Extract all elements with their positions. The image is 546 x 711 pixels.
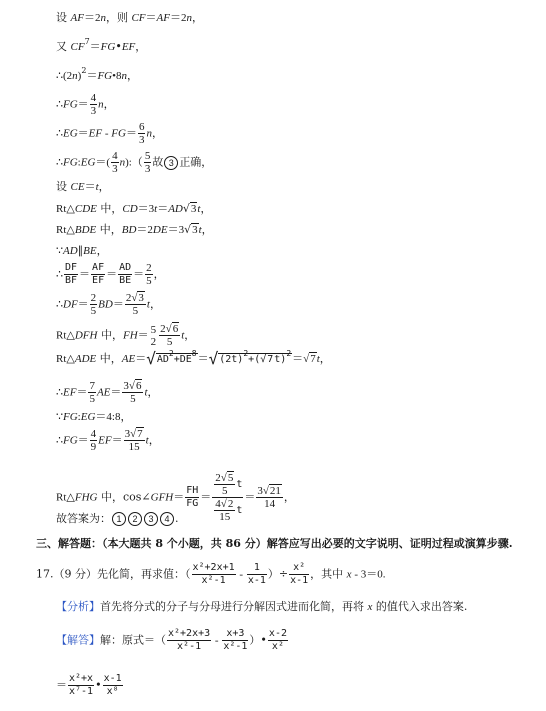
text: ＝ <box>200 492 211 504</box>
text: 中， <box>97 202 123 215</box>
text: ＝ <box>78 128 89 140</box>
text: ＝( <box>95 157 110 169</box>
var: FG <box>97 70 112 82</box>
text: ＝ <box>173 492 184 504</box>
numerator: 7 <box>88 380 96 393</box>
circled-number: 4 <box>160 512 174 526</box>
var: BD <box>122 224 137 236</box>
line-fg-final: ∴FG＝49EF＝3√715t， <box>56 428 160 453</box>
text: ∵ <box>56 411 63 423</box>
text: ， <box>149 434 160 447</box>
sqrt: √21 <box>263 485 282 497</box>
radicand: 6 <box>172 322 180 335</box>
text: - <box>102 128 111 140</box>
numerator: x²+x <box>68 673 94 686</box>
text: ， <box>97 244 108 257</box>
text: Rt△ <box>56 330 75 342</box>
text: ＝ <box>292 353 303 365</box>
fraction: 53 <box>144 150 152 175</box>
text: ∴(2 <box>56 70 72 82</box>
denominator: 9 <box>90 441 98 453</box>
var: AD <box>63 245 78 257</box>
denominator: 3 <box>111 163 119 175</box>
var: EF <box>98 435 111 447</box>
text: - 3＝0. <box>352 569 386 581</box>
radicand: 21 <box>269 484 282 497</box>
denominator: x⁷-1 <box>68 686 94 698</box>
line-cf-squared: 又 CF7＝FG•EF， <box>56 40 146 54</box>
fraction: 3√2114 <box>256 485 283 510</box>
fraction: 49 <box>90 428 98 453</box>
fraction: AFEF <box>91 262 105 287</box>
denominator: x² <box>268 641 288 653</box>
text: ∴ <box>56 387 63 399</box>
var: FG <box>63 157 78 169</box>
var: GFH <box>151 492 174 504</box>
text: ， <box>148 386 159 399</box>
text: ，则 <box>106 11 132 24</box>
numerator: x² <box>289 562 309 575</box>
term: AD <box>157 354 169 365</box>
text: ，其中 <box>310 568 347 581</box>
text: ＝ <box>135 353 146 365</box>
text: Rt△ <box>56 353 75 365</box>
var: FG <box>63 411 78 423</box>
circled-number: 3 <box>144 512 158 526</box>
sqrt: √2 <box>221 498 235 510</box>
text: ， <box>184 329 195 342</box>
fraction: 3√715 <box>124 428 145 453</box>
numerator: AD <box>118 262 132 275</box>
fraction: x²+2x+3x²-1 <box>167 628 211 653</box>
text: . <box>175 512 179 525</box>
text: - <box>237 569 246 581</box>
var: t <box>236 505 242 516</box>
text: ＝ <box>110 387 121 399</box>
fraction: FHFG <box>185 485 199 510</box>
line-rt-dfh: Rt△DFH 中，FH＝522√65t， <box>56 323 195 348</box>
numerator: 2√3 <box>125 292 146 305</box>
text: ＝ <box>126 128 137 140</box>
var: t <box>236 479 242 490</box>
line-ratios: ∴DFBF＝AFEF＝ADBE＝25， <box>56 262 165 287</box>
var: EG <box>81 411 96 423</box>
numerator: 4√2 <box>214 498 235 511</box>
denominator: 4√215t <box>212 498 243 523</box>
text: ＝ <box>133 269 144 281</box>
numerator: 5 <box>150 324 158 336</box>
var: AF <box>71 12 84 24</box>
radicand: 7 <box>309 352 317 365</box>
numerator: x-1 <box>103 673 123 686</box>
numerator: 5 <box>144 150 152 163</box>
denominator: x-1 <box>247 575 267 587</box>
line-fg-eg-ratio: ∴FG:EG＝(43n):（53故3正确， <box>56 150 212 175</box>
fraction: 25 <box>90 292 98 317</box>
numerator: 4 <box>90 428 98 441</box>
denominator: 5 <box>122 393 143 405</box>
text: ， <box>154 268 165 281</box>
solution-step-2: ＝x²+xx⁷-1•x-1x⁸ <box>56 673 124 698</box>
numerator: AF <box>91 262 105 275</box>
denominator: x²-1 <box>192 575 236 587</box>
fraction: 63 <box>138 121 146 146</box>
exponent: 8 <box>192 349 197 358</box>
text: ＝2 <box>84 12 101 24</box>
denominator: x⁸ <box>103 686 123 698</box>
section-heading: 三、解答题：（本大题共 8 个小题，共 86 分）解答应写出必要的文字说明、证明… <box>36 537 513 551</box>
numerator: 2 <box>90 292 98 305</box>
numerator: 4 <box>90 92 98 105</box>
line-set-af: 设 AF＝2n，则 CF＝AF＝2n， <box>56 11 203 25</box>
var: CE <box>71 181 85 193</box>
var: FG <box>63 99 78 111</box>
fraction: x²+xx⁷-1 <box>68 673 94 698</box>
var: FG <box>63 435 78 447</box>
text: 中， <box>96 223 122 236</box>
text: ＝ <box>244 492 255 504</box>
var: CDE <box>75 203 97 215</box>
text: ＝ <box>78 99 89 111</box>
sqrt: √3 <box>131 292 145 304</box>
term: (2t) <box>219 354 243 365</box>
radicand: 2 <box>227 497 235 510</box>
line-rt-bde: Rt△BDE 中，BD＝2DE＝3√3t， <box>56 223 213 237</box>
numerator: x-2 <box>268 628 288 641</box>
var: EG <box>63 128 78 140</box>
var: AE <box>97 387 110 399</box>
text: ＝ <box>138 330 149 342</box>
solution-tag: 【解答】 <box>56 634 100 647</box>
text: ＝ <box>198 353 209 365</box>
var: ADE <box>75 353 96 365</box>
numerator: x+3 <box>222 628 248 641</box>
denominator: x²-1 <box>222 641 248 653</box>
line-rt-cde: Rt△CDE 中，CD＝3t＝AD√3t， <box>56 202 211 216</box>
text: 的值代入求出答案. <box>372 600 467 613</box>
text: 解：原式＝（ <box>100 634 166 647</box>
numerator: 3√6 <box>122 380 143 393</box>
var: DF <box>63 299 78 311</box>
text: ＝2 <box>170 12 187 24</box>
fraction: DFBF <box>64 262 78 287</box>
text: Rt△ <box>56 492 75 504</box>
denominator: 15 <box>124 441 145 453</box>
line-ad-parallel-be: ∵AD∥BE， <box>56 244 108 258</box>
text: ， <box>152 127 163 140</box>
numerator: x²+2x+3 <box>167 628 211 641</box>
analysis-tag: 【分析】 <box>56 600 100 613</box>
question-prompt: 17.（9 分）先化简，再求值：（ <box>36 568 191 581</box>
solution-line: 【解答】解：原式＝（x²+2x+3x²-1 - x+3x²-1）•x-2x² <box>56 628 289 653</box>
text: ＝ <box>86 70 97 82</box>
text: 故 <box>152 156 163 169</box>
fraction: 3√65 <box>122 380 143 405</box>
circled-number: 1 <box>112 512 126 526</box>
text: ， <box>135 40 146 53</box>
var: AD <box>168 203 183 215</box>
fraction: x²+2x+1x²-1 <box>192 562 236 587</box>
denominator: 5 <box>159 336 180 348</box>
numerator: DF <box>64 262 78 275</box>
denominator: 5 <box>214 485 235 497</box>
text: ， <box>150 298 161 311</box>
sqrt: √6 <box>129 380 143 392</box>
circled-number: 2 <box>128 512 142 526</box>
numerator: 4 <box>111 150 119 163</box>
radicand: (2t)2+(√7t)2 <box>218 353 292 365</box>
var: BE <box>83 245 96 257</box>
text: ， <box>284 491 295 504</box>
text: Rt△ <box>56 224 75 236</box>
var: DE <box>153 224 168 236</box>
radicand: 7 <box>136 427 144 440</box>
text: 设 <box>56 11 71 24</box>
numerator: 6 <box>138 121 146 134</box>
text: ， <box>200 202 211 215</box>
term: +( <box>248 354 260 365</box>
denominator: x²-1 <box>167 641 211 653</box>
line-fg-eg-given: ∵FG:EG＝4:8， <box>56 410 131 424</box>
line-df-value: ∴DF＝25BD＝2√35t， <box>56 292 161 317</box>
numerator: 3√7 <box>124 428 145 441</box>
fraction: x-1x⁸ <box>103 673 123 698</box>
line-set-ce: 设 CE＝t， <box>56 180 110 194</box>
sqrt: √6 <box>166 323 180 335</box>
numerator: 2√55t <box>212 472 243 498</box>
text: ＝ <box>113 299 124 311</box>
denominator: BF <box>64 275 78 287</box>
denominator: 5 <box>90 305 98 317</box>
text: ∵ <box>56 245 63 257</box>
denominator: 3 <box>144 163 152 175</box>
text: 中， <box>96 352 122 365</box>
numerator: 2 <box>145 262 153 275</box>
line-final-answer: 故答案为：1234. <box>56 512 179 526</box>
fraction: x+3x²-1 <box>222 628 248 653</box>
fraction: x²x-1 <box>289 562 309 587</box>
text: 又 <box>56 40 71 53</box>
var: EF <box>122 41 135 53</box>
var: EG <box>81 157 96 169</box>
var: CF <box>71 41 85 53</box>
radicand: 5 <box>227 471 235 484</box>
line-fg-value: ∴FG＝43n， <box>56 92 115 117</box>
sqrt: √AD2+DE8 <box>146 352 197 367</box>
text: ＝3 <box>138 203 155 215</box>
text: ， <box>192 11 203 24</box>
compound-fraction: 2√55t4√215t <box>212 472 243 523</box>
analysis-line: 【分析】首先将分式的分子与分母进行分解因式进而化简，再将 x 的值代入求出答案. <box>56 600 467 614</box>
text: ∴ <box>56 299 63 311</box>
fraction: 1x-1 <box>247 562 267 587</box>
denominator: 2 <box>150 336 158 348</box>
denominator: 14 <box>256 498 283 510</box>
numerator: x²+2x+1 <box>192 562 236 575</box>
text: ＝ <box>146 12 157 24</box>
denominator: 3 <box>90 105 98 117</box>
text: ∴ <box>56 269 63 281</box>
text: • <box>95 679 102 692</box>
var: CD <box>122 203 137 215</box>
var: FHG <box>75 492 98 504</box>
sqrt: √7 <box>260 353 274 367</box>
fraction: 52 <box>150 324 158 348</box>
numerator: 2√6 <box>159 323 180 336</box>
text: ＝ <box>157 203 168 215</box>
fraction: 43 <box>90 92 98 117</box>
var: AE <box>122 353 135 365</box>
var: AF <box>157 12 170 24</box>
var: DFH <box>75 330 98 342</box>
radicand: 6 <box>135 379 143 392</box>
sqrt: √7 <box>130 428 144 440</box>
text: ∴ <box>56 435 63 447</box>
radicand: 3 <box>137 291 145 304</box>
numerator: FH <box>185 485 199 498</box>
var: EF <box>89 128 102 140</box>
sqrt: √3 <box>184 223 199 237</box>
line-rt-ade: Rt△ADE 中，AE＝√AD2+DE8＝√(2t)2+(√7t)2＝√7t， <box>56 352 331 367</box>
fraction: 25 <box>145 262 153 287</box>
text: 设 <box>56 180 71 193</box>
denominator: x-1 <box>289 575 309 587</box>
text: 故答案为： <box>56 512 111 525</box>
line-eg-value: ∴EG＝EF - FG＝63n， <box>56 121 163 146</box>
denominator: EF <box>91 275 105 287</box>
numerator: 1 <box>247 562 267 575</box>
var: BD <box>98 299 113 311</box>
denominator: BE <box>118 275 132 287</box>
text: ＝ <box>85 181 96 193</box>
text: ， <box>99 180 110 193</box>
text: ， <box>202 223 213 236</box>
circled-number: 3 <box>164 156 178 170</box>
fraction: 75 <box>88 380 96 405</box>
radicand: 3 <box>191 223 199 236</box>
var: CF <box>131 12 145 24</box>
sqrt: √7 <box>303 352 317 366</box>
sqrt: √(2t)2+(√7t)2 <box>209 352 293 367</box>
text: ＝ <box>76 387 87 399</box>
text: 首先将分式的分子与分母进行分解因式进而化简，再将 <box>100 600 368 613</box>
text: ＝ <box>78 299 89 311</box>
sqrt: √3 <box>183 202 198 216</box>
text: Rt△ <box>56 203 75 215</box>
term: t) <box>274 354 286 365</box>
text: ∴ <box>56 128 63 140</box>
text: 中， <box>97 329 123 342</box>
fraction: 2√65 <box>159 323 180 348</box>
line-2n-squared: ∴(2n)2＝FG•8n， <box>56 69 138 83</box>
text: ＝2 <box>136 224 153 236</box>
denominator: 3 <box>138 134 146 146</box>
fraction: 2√55 <box>214 472 235 497</box>
fraction: 2√35 <box>125 292 146 317</box>
text: ＝ <box>79 269 90 281</box>
text: ＝ <box>78 435 89 447</box>
text: ＝ <box>112 435 123 447</box>
term: +DE <box>174 354 192 365</box>
fraction: 4√215 <box>214 498 235 523</box>
text: ＝ <box>56 680 67 692</box>
denominator: 15 <box>214 511 235 523</box>
text: ）• <box>249 634 267 647</box>
var: EF <box>63 387 76 399</box>
question-17: 17.（9 分）先化简，再求值：（x²+2x+1x²-1 - 1x-1）÷x²x… <box>36 562 385 587</box>
numerator: 2√5 <box>214 472 235 485</box>
text: ＝ <box>90 41 101 53</box>
text: - <box>212 635 221 647</box>
text: ＝4:8， <box>95 411 131 423</box>
text: ， <box>127 69 138 82</box>
text: 中，cos∠ <box>97 491 150 504</box>
fraction: ADBE <box>118 262 132 287</box>
sqrt: √5 <box>221 472 235 484</box>
var: BDE <box>75 224 96 236</box>
text: ）÷ <box>268 568 288 581</box>
text: ， <box>104 98 115 111</box>
text: ):（ <box>125 157 143 169</box>
var: FG <box>111 128 126 140</box>
denominator: 5 <box>125 305 146 317</box>
text: ∴ <box>56 99 63 111</box>
line-ef-value: ∴EF＝75AE＝3√65t， <box>56 380 159 405</box>
fraction: 43 <box>111 150 119 175</box>
text: ＝3 <box>168 224 185 236</box>
text: ∴ <box>56 157 63 169</box>
denominator: FG <box>185 498 199 510</box>
denominator: 5 <box>145 275 153 287</box>
exponent: 2 <box>286 349 291 358</box>
text: 正确， <box>179 156 212 169</box>
numerator: 3√21 <box>256 485 283 498</box>
radicand: AD2+DE8 <box>156 353 198 365</box>
var: FH <box>123 330 138 342</box>
text: ， <box>320 352 331 365</box>
fraction: x-2x² <box>268 628 288 653</box>
text: ＝ <box>106 269 117 281</box>
denominator: 5 <box>88 393 96 405</box>
var: FG <box>101 41 116 53</box>
